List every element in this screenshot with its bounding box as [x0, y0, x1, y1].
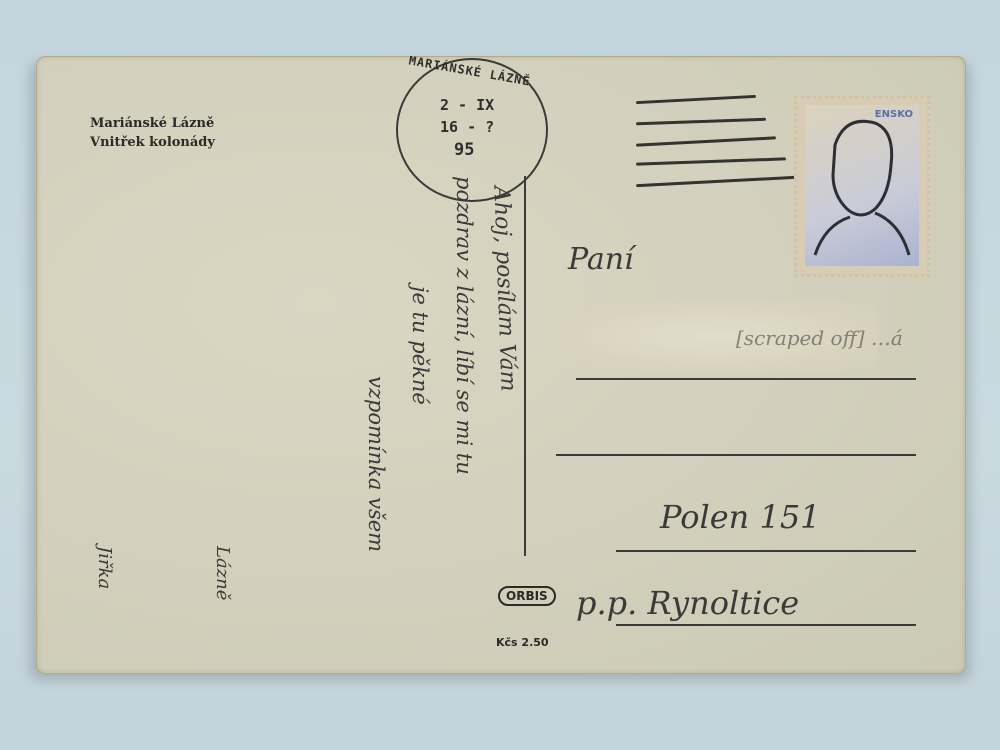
caption-line-1: Mariánské Lázně: [90, 114, 215, 133]
center-divider: [524, 176, 526, 556]
address-line-2: [556, 454, 916, 456]
address-name: [scraped off] …á: [736, 326, 903, 350]
postcard-caption: Mariánské Lázně Vnitřek kolonády: [90, 114, 215, 152]
address-line-3: [616, 550, 916, 552]
postmark-year: 95: [454, 140, 474, 160]
message-line: je tu pěkné: [408, 286, 432, 405]
postage-stamp: ENSKO: [794, 96, 930, 277]
address-salutation: Paní: [568, 242, 634, 277]
publisher-logo: ORBIS: [498, 586, 556, 606]
stamp-portrait: ENSKO: [805, 105, 919, 266]
caption-line-2: Vnitřek kolonády: [90, 133, 215, 152]
postcard: Mariánské Lázně Vnitřek kolonády Ahoj, p…: [36, 56, 966, 674]
address-town: p.p. Rynoltice: [576, 584, 799, 622]
message-line: vzpomínka všem: [364, 376, 388, 552]
address-street: Polen 151: [660, 498, 821, 536]
address-line-1: [576, 378, 916, 380]
price-label: Kčs 2.50: [496, 636, 549, 649]
signature: Jiřka: [94, 546, 115, 589]
message-line: Lázně: [212, 546, 233, 600]
postmark-date-2: 16 - ?: [440, 118, 494, 136]
message-line: pozdrav z lázní, líbí se mi tu: [452, 176, 476, 475]
postmark-date-1: 2 - IX: [440, 96, 494, 114]
portrait-icon: [805, 105, 915, 265]
address-line-4: [616, 624, 916, 626]
postmark-circle: MARIÁNSKÉ LÁZNĚ 2 - IX 16 - ? 95: [396, 58, 548, 202]
